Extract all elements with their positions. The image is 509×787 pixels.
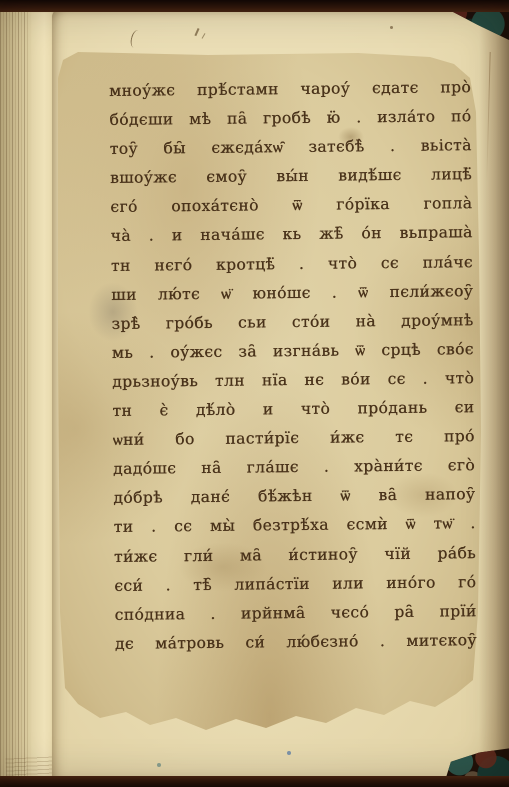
manuscript-photo: мноу́жє прѣ́стамн чароу́ єдатє про̀ бо́д… xyxy=(0,0,509,787)
manuscript-line: дє ма́тровь си́ лю́бєзно́ . митєкоу̑ xyxy=(115,626,477,659)
ink-speck xyxy=(287,751,291,755)
manuscript-line: ти́жє гли́ ма̑ и́стиноу̑ чїй ра́бь xyxy=(114,539,476,572)
pen-trial-mark xyxy=(390,26,393,29)
manuscript-line: до́брѣ данє́ бѣ́жѣн ѿ ва̑ напоу̑ xyxy=(113,480,475,513)
manuscript-line: ѡни́ бо пасти́рїє и́жє тє про́ xyxy=(113,422,475,455)
book-cover-bottom-edge xyxy=(0,776,509,787)
manuscript-line: спо́дниа . ирйнма̑ чєсо́ ра̑ прїи́ xyxy=(114,597,476,630)
manuscript-line: мь . оу́жєс за̑ изгна́вь ѿ срцѣ сво́є xyxy=(112,335,474,368)
handwritten-text-block: мноу́жє прѣ́стамн чароу́ єдатє про̀ бо́д… xyxy=(109,73,477,659)
manuscript-line: вшоу́жє ємоу̑ вы́н видѣ́шє лицѣ̈ xyxy=(110,160,472,193)
manuscript-line: зрѣ̀ гро́бь сьи сто́и на̀ дроу́мнѣ xyxy=(111,306,473,339)
manuscript-line: тн є̀ дѣ́ло̀ и что̀ про́дань єи xyxy=(112,393,474,426)
manuscript-line: ши лю́тє ѡ̈ юно́шє . ѿ пєли́жєоу̑ xyxy=(111,277,473,310)
manuscript-line: єси́ . тѣ̑ липа́стїи или ино́го го́ xyxy=(114,568,476,601)
manuscript-line: ча̀ . и нача́шє кь жѣ̑ о́н вьпраша̀ xyxy=(110,219,472,252)
ink-speck xyxy=(157,763,161,767)
manuscript-line: бо́дєши мѣ па̑ гробѣ ю̈ . изла́то по́ xyxy=(109,102,471,135)
manuscript-line: дрьзноу́вь тлн нїа нє во́и сє . что̀ xyxy=(112,364,474,397)
manuscript-line: тн нєго́ кротцѣ̈ . что̀ сє пла́чє xyxy=(111,248,473,281)
manuscript-line: тоу̑ бы̑ єжєда́хѡ̑ затєбѣ̀ . вьіста̀ xyxy=(110,131,472,164)
manuscript-line: дадо́шє на̑ гла́шє . хра̀ни́тє єго̀ xyxy=(113,451,475,484)
fore-edge-page-stack xyxy=(0,10,56,778)
fore-edge-striations xyxy=(0,10,30,778)
manuscript-line: ти . сє мы̀ безтрѣ́ха єсмѝ ѿ тѡ̈ . xyxy=(114,510,476,543)
manuscript-line: мноу́жє прѣ́стамн чароу́ єдатє про̀ xyxy=(109,73,471,106)
manuscript-line: єго́ опоха́тєно̀ ѿ го́рїка гопла̀ xyxy=(110,189,472,222)
book-cover-top-edge xyxy=(0,0,509,12)
